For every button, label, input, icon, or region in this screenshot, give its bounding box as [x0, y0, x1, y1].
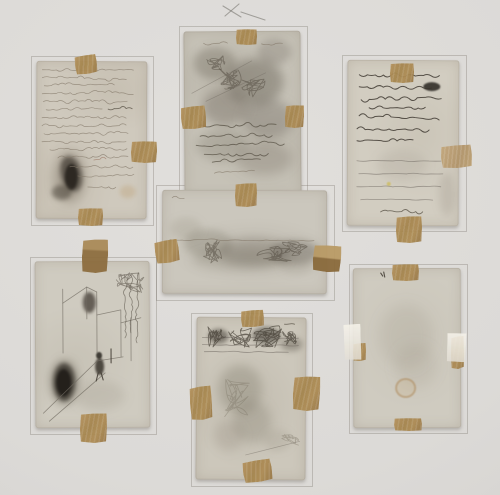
speck-layer [353, 268, 462, 428]
masking-tape [78, 208, 104, 227]
mount-board [0, 0, 500, 495]
masking-tape [441, 144, 473, 168]
rust-mark [94, 157, 106, 160]
masking-tape [74, 54, 98, 75]
masking-tape [130, 140, 157, 163]
bottom-word [381, 209, 423, 214]
masking-tape [396, 216, 422, 243]
masking-tape [392, 264, 419, 281]
scrawled-notes [196, 122, 284, 162]
building-lines [43, 274, 142, 422]
sheet-top-right-manuscript [347, 60, 460, 227]
white-paper-tape [446, 333, 466, 363]
sketch-layer [35, 261, 151, 429]
masking-tape [236, 29, 258, 46]
masking-tape [284, 105, 304, 129]
masking-tape [79, 413, 107, 444]
ink-handwriting [357, 73, 441, 142]
masking-tape [81, 238, 109, 273]
masking-tape [180, 105, 206, 129]
handwriting-layer [36, 61, 148, 220]
sheet-bottom-center-landscape [195, 317, 306, 481]
ruled-lines [357, 160, 443, 200]
corner-notation [285, 324, 295, 325]
bush-scribbles [203, 240, 307, 263]
masking-tape [154, 239, 181, 265]
tree-scribbles [207, 56, 265, 98]
white-paper-tape [343, 324, 361, 361]
pencil-x-mark [215, 0, 275, 25]
handwriting-layer [347, 60, 460, 227]
dark-word [108, 106, 132, 110]
tree-line-scribbles [208, 325, 297, 348]
masking-tape [241, 310, 265, 328]
masking-tape [312, 244, 343, 274]
ruled-lines [202, 337, 298, 353]
masking-tape [235, 183, 257, 207]
mid-scribble [224, 379, 298, 445]
handwriting-lines [42, 68, 135, 189]
sheet-bottom-left-street-scene [35, 261, 151, 429]
faint-writing [203, 41, 283, 173]
masking-tape [394, 418, 422, 431]
ink-speck [381, 272, 385, 277]
masking-tape [390, 63, 415, 84]
figure-details [96, 349, 111, 381]
sheet-bottom-right-blank [353, 268, 462, 428]
sketch-layer [195, 317, 306, 481]
diagonal-stroke [246, 441, 300, 455]
sheet-top-left-manuscript [36, 61, 148, 220]
masking-tape [292, 375, 321, 412]
masking-tape [189, 385, 213, 420]
